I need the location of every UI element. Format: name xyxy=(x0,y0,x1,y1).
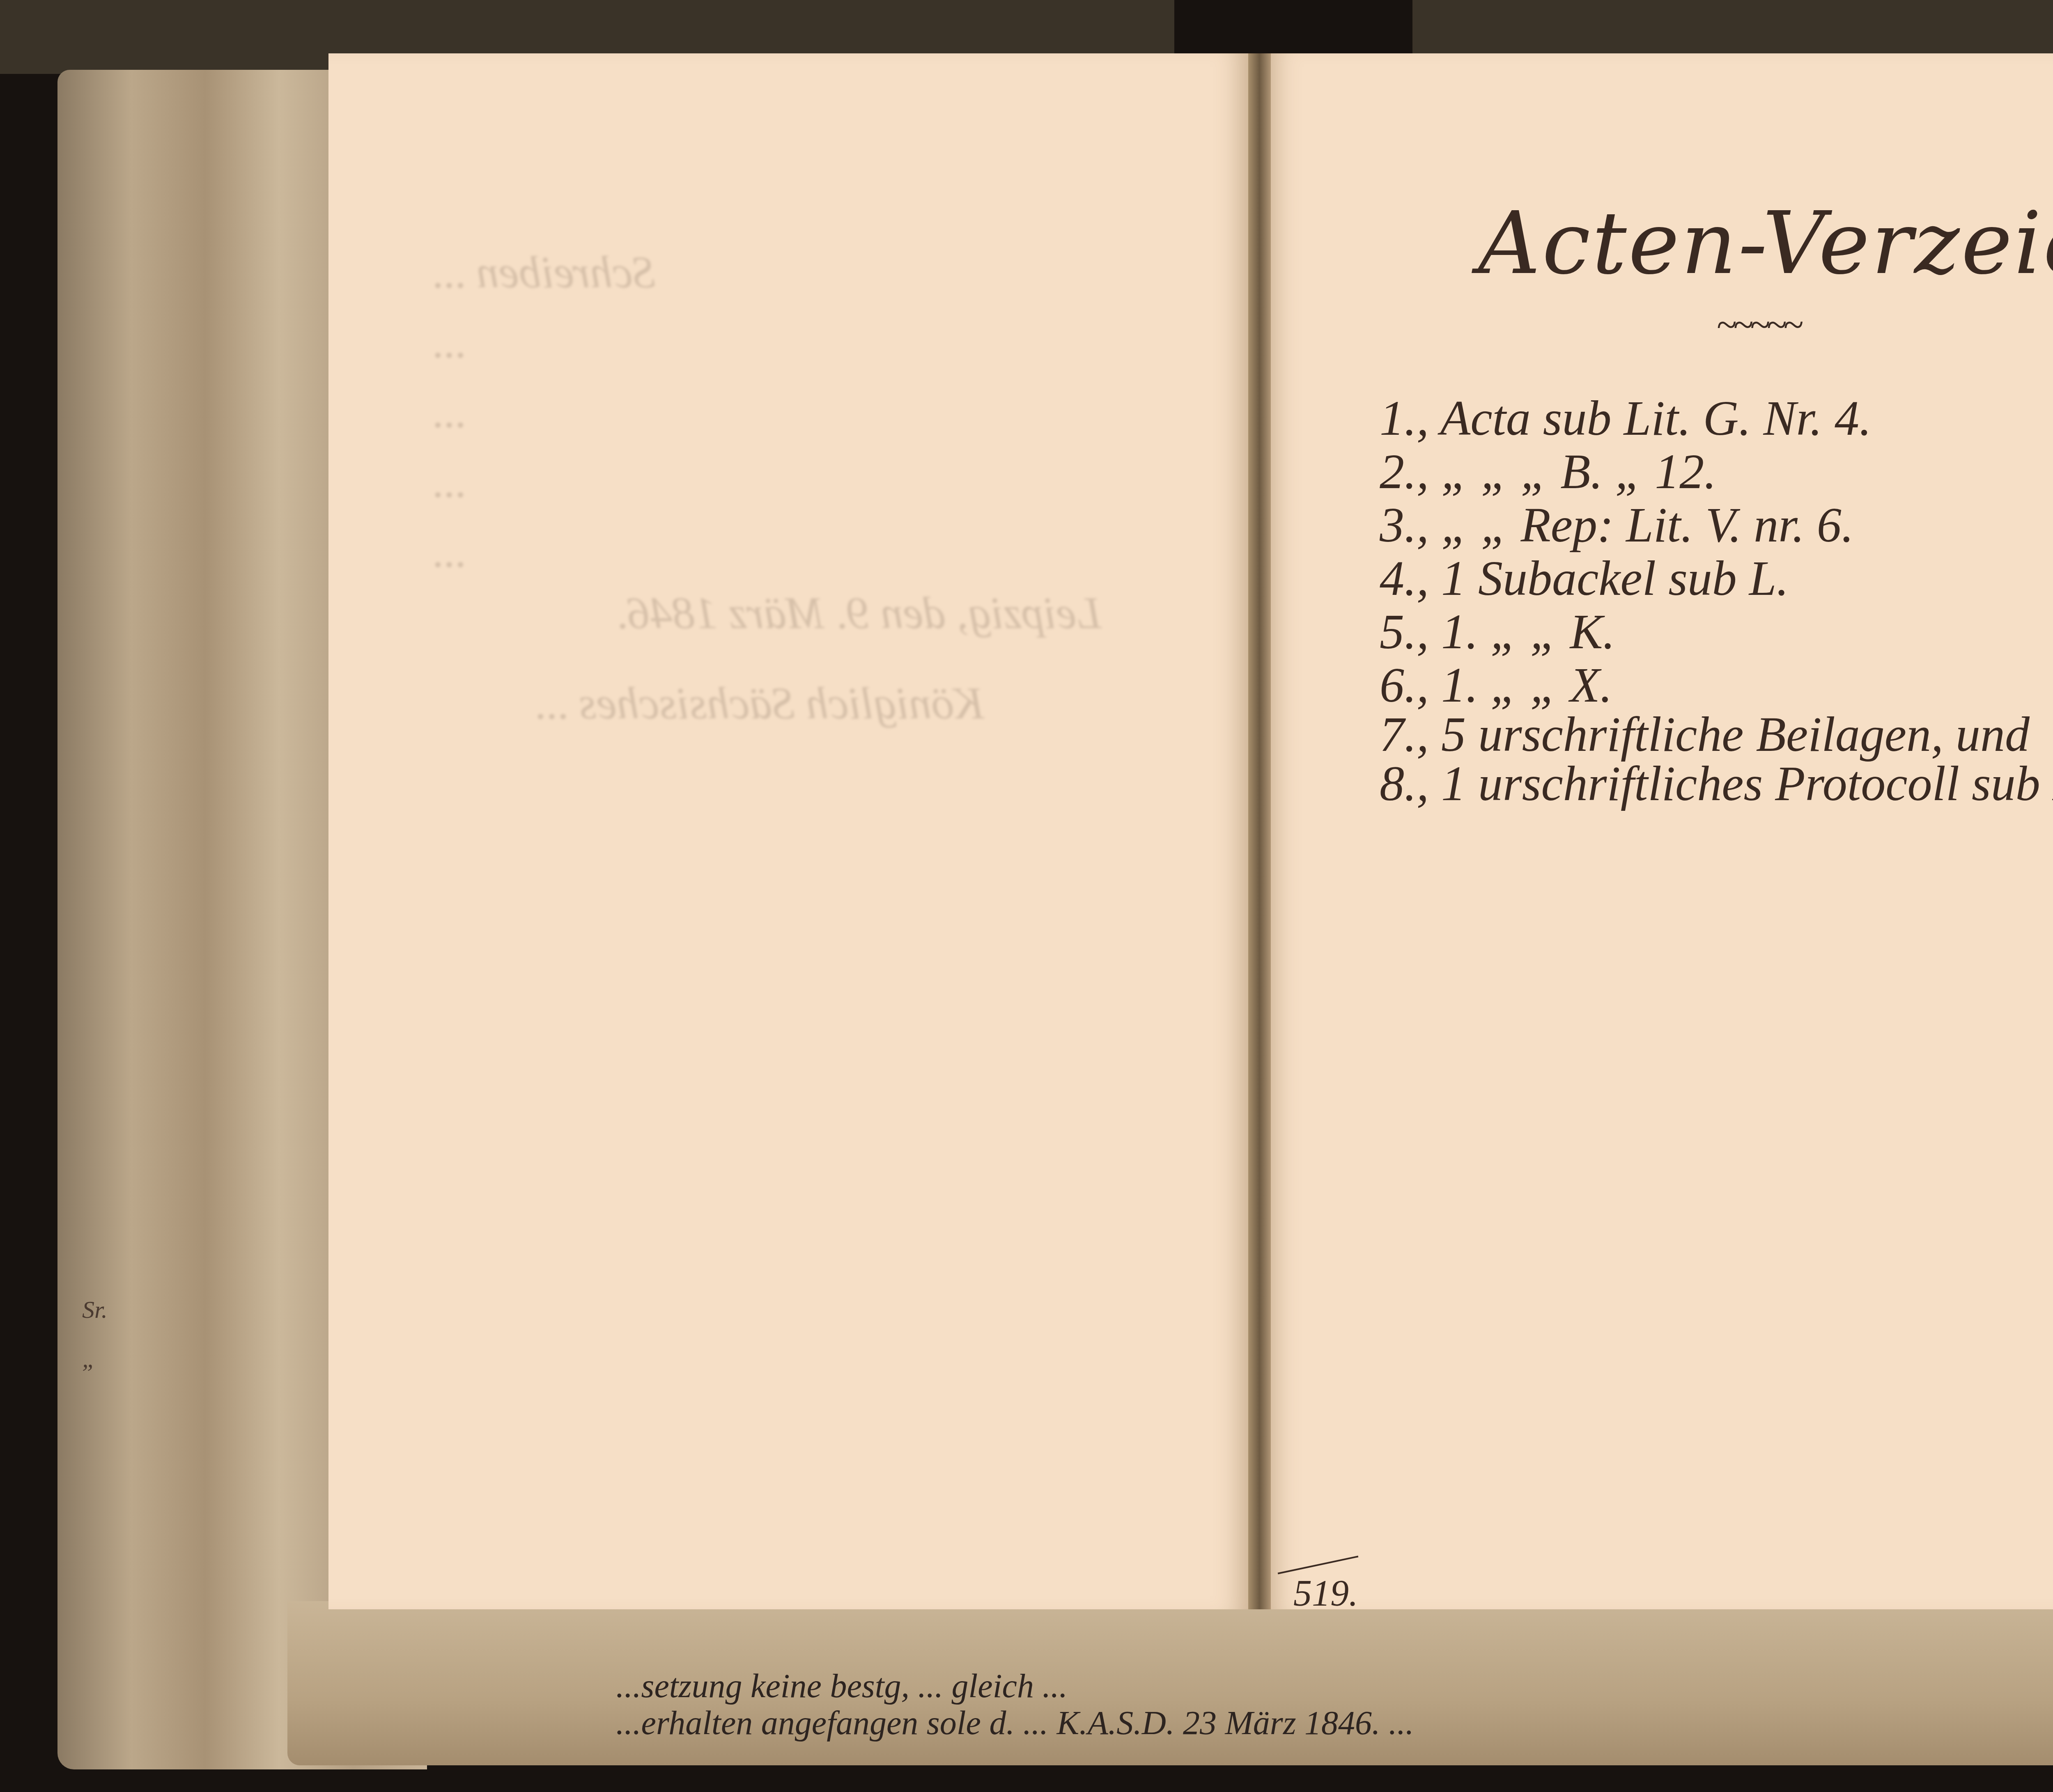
bleed-through-line: Schreiben ... xyxy=(431,246,655,298)
bleed-through-line: ... xyxy=(431,386,465,438)
list-item: 4., 1 Subackel sub L. xyxy=(1380,550,1789,607)
margin-scrap-text: Sr. „ xyxy=(82,1285,108,1384)
bleed-through-signature: Königlich Sächsisches ... xyxy=(534,677,984,730)
bottom-note-line: ...setzung keine bestg, ... gleich ... xyxy=(616,1667,1068,1705)
page-title: Acten-Verzeichniß. xyxy=(1478,193,2053,294)
bleed-through-line: ... xyxy=(431,456,465,508)
list-item: 8., 1 urschriftliches Protocoll sub No: … xyxy=(1380,755,2053,812)
bleed-through-line: ... xyxy=(431,525,465,578)
list-item: 5., 1. „ „ K. xyxy=(1380,603,1615,660)
list-item: 3., „ „ Rep: Lit. V. nr. 6. xyxy=(1380,497,1854,553)
book-gutter xyxy=(1248,53,1271,1609)
folio-number: 519. xyxy=(1293,1572,1358,1615)
bottom-note-line: ...erhalten angefangen sole d. ... K.A.S… xyxy=(616,1704,1414,1742)
title-flourish: ~~~~~ xyxy=(1716,304,1800,346)
list-item: 1., Acta sub Lit. G. Nr. 4. xyxy=(1380,390,1872,447)
left-page: Schreiben ... ... ... ... ... Leipzig, d… xyxy=(328,53,1248,1609)
list-item: 6., 1. „ „ X. xyxy=(1380,657,1612,714)
list-item: 7., 5 urschriftliche Beilagen, und xyxy=(1380,706,2030,763)
bleed-through-date: Leipzig, den 9. März 1846. xyxy=(616,587,1102,639)
bleed-through-line: ... xyxy=(431,316,465,368)
list-item: 2., „ „ „ B. „ 12. xyxy=(1380,443,1716,500)
